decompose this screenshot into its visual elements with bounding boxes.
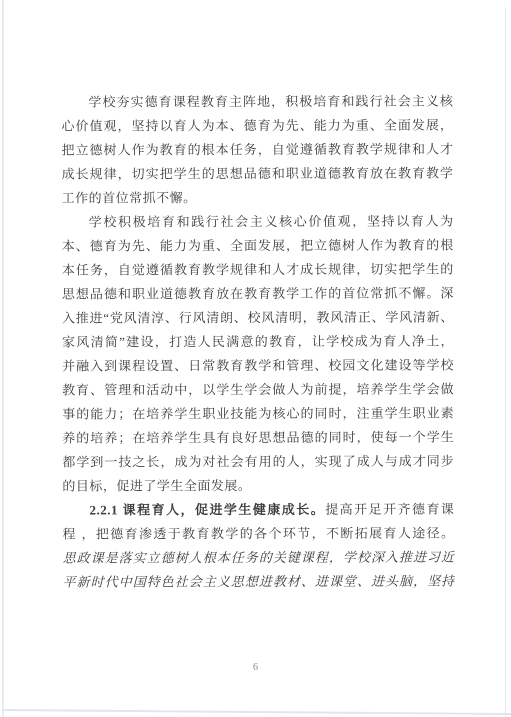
text-line: 本、德育为先、能力为重、全面发展，把立德树人作为教育的根 bbox=[62, 233, 454, 258]
text-line: 心价值观，坚持以育人为本、德育为先、能力为重、全面发展， bbox=[61, 113, 453, 138]
text-line: 的目标，促进了学生全面发展。 bbox=[62, 473, 454, 498]
page-edge-left bbox=[2, 0, 4, 717]
page-edge-right bbox=[505, 8, 507, 717]
text-line: 工作的首位常抓不懈。 bbox=[62, 185, 454, 210]
text-line: 学校夯实德育课程教育主阵地，积极培育和践行社会主义核 bbox=[61, 89, 453, 114]
text-line: 养的培养；在培养学生具有良好思想品德的同时，使每一个学生 bbox=[62, 425, 454, 450]
text-line: 程 ，把德育渗透于教育教学的各个环节，不断拓展育人途径。 bbox=[62, 521, 454, 546]
text-line: 思政课是落实立德树人根本任务的关键课程，学校深入推进习近 bbox=[63, 545, 455, 570]
text-line: 并融入到课程设置、日常教育教学和管理、校园文化建设等学校 bbox=[62, 353, 454, 378]
text-line: 把立德树人作为教育的根本任务，自觉遵循教育教学规律和人才 bbox=[61, 137, 453, 162]
text-line: 家风清简”建设，打造人民满意的教育，让学校成为育人净土， bbox=[62, 329, 454, 354]
page-number: 6 bbox=[0, 661, 511, 675]
text-line: 思想品德和职业道德教育放在教育教学工作的首位常抓不懈。深 bbox=[62, 281, 454, 306]
text-line: 事的能力；在培养学生职业技能为核心的同时，注重学生职业素 bbox=[62, 401, 454, 426]
section-body-start: 提高开足开齐德育课 bbox=[325, 501, 454, 516]
text-line: 本任务，自觉遵循教育教学规律和人才成长规律，切实把学生的 bbox=[62, 257, 454, 282]
text-line: 学校积极培育和践行社会主义核心价值观，坚持以育人为 bbox=[62, 209, 454, 234]
text-line: 2.2.1 课程育人，促进学生健康成长。提高开足开齐德育课 bbox=[62, 497, 454, 522]
body-text: 学校夯实德育课程教育主阵地，积极培育和践行社会主义核 心价值观，坚持以育人为本、… bbox=[61, 89, 454, 594]
text-line: 平新时代中国特色社会主义思想进教材、进课堂、进头脑，坚持 bbox=[63, 569, 455, 594]
document-page: 学校夯实德育课程教育主阵地，积极培育和践行社会主义核 心价值观，坚持以育人为本、… bbox=[0, 0, 511, 717]
text-line: 成长规律，切实把学生的思想品德和职业道德教育放在教育教学 bbox=[62, 161, 454, 186]
text-line: 入推进“党风清淳、行风清朗、校风清明，教风清正、学风清新、 bbox=[62, 305, 454, 330]
section-number-heading: 2.2.1 课程育人，促进学生健康成长。 bbox=[89, 502, 325, 518]
text-line: 教育、管理和活动中，以学生学会做人为前提，培养学生学会做 bbox=[62, 377, 454, 402]
text-line: 都学到一技之长，成为对社会有用的人，实现了成人与成才同步 bbox=[62, 449, 454, 474]
page-edge-bottom bbox=[2, 709, 511, 714]
